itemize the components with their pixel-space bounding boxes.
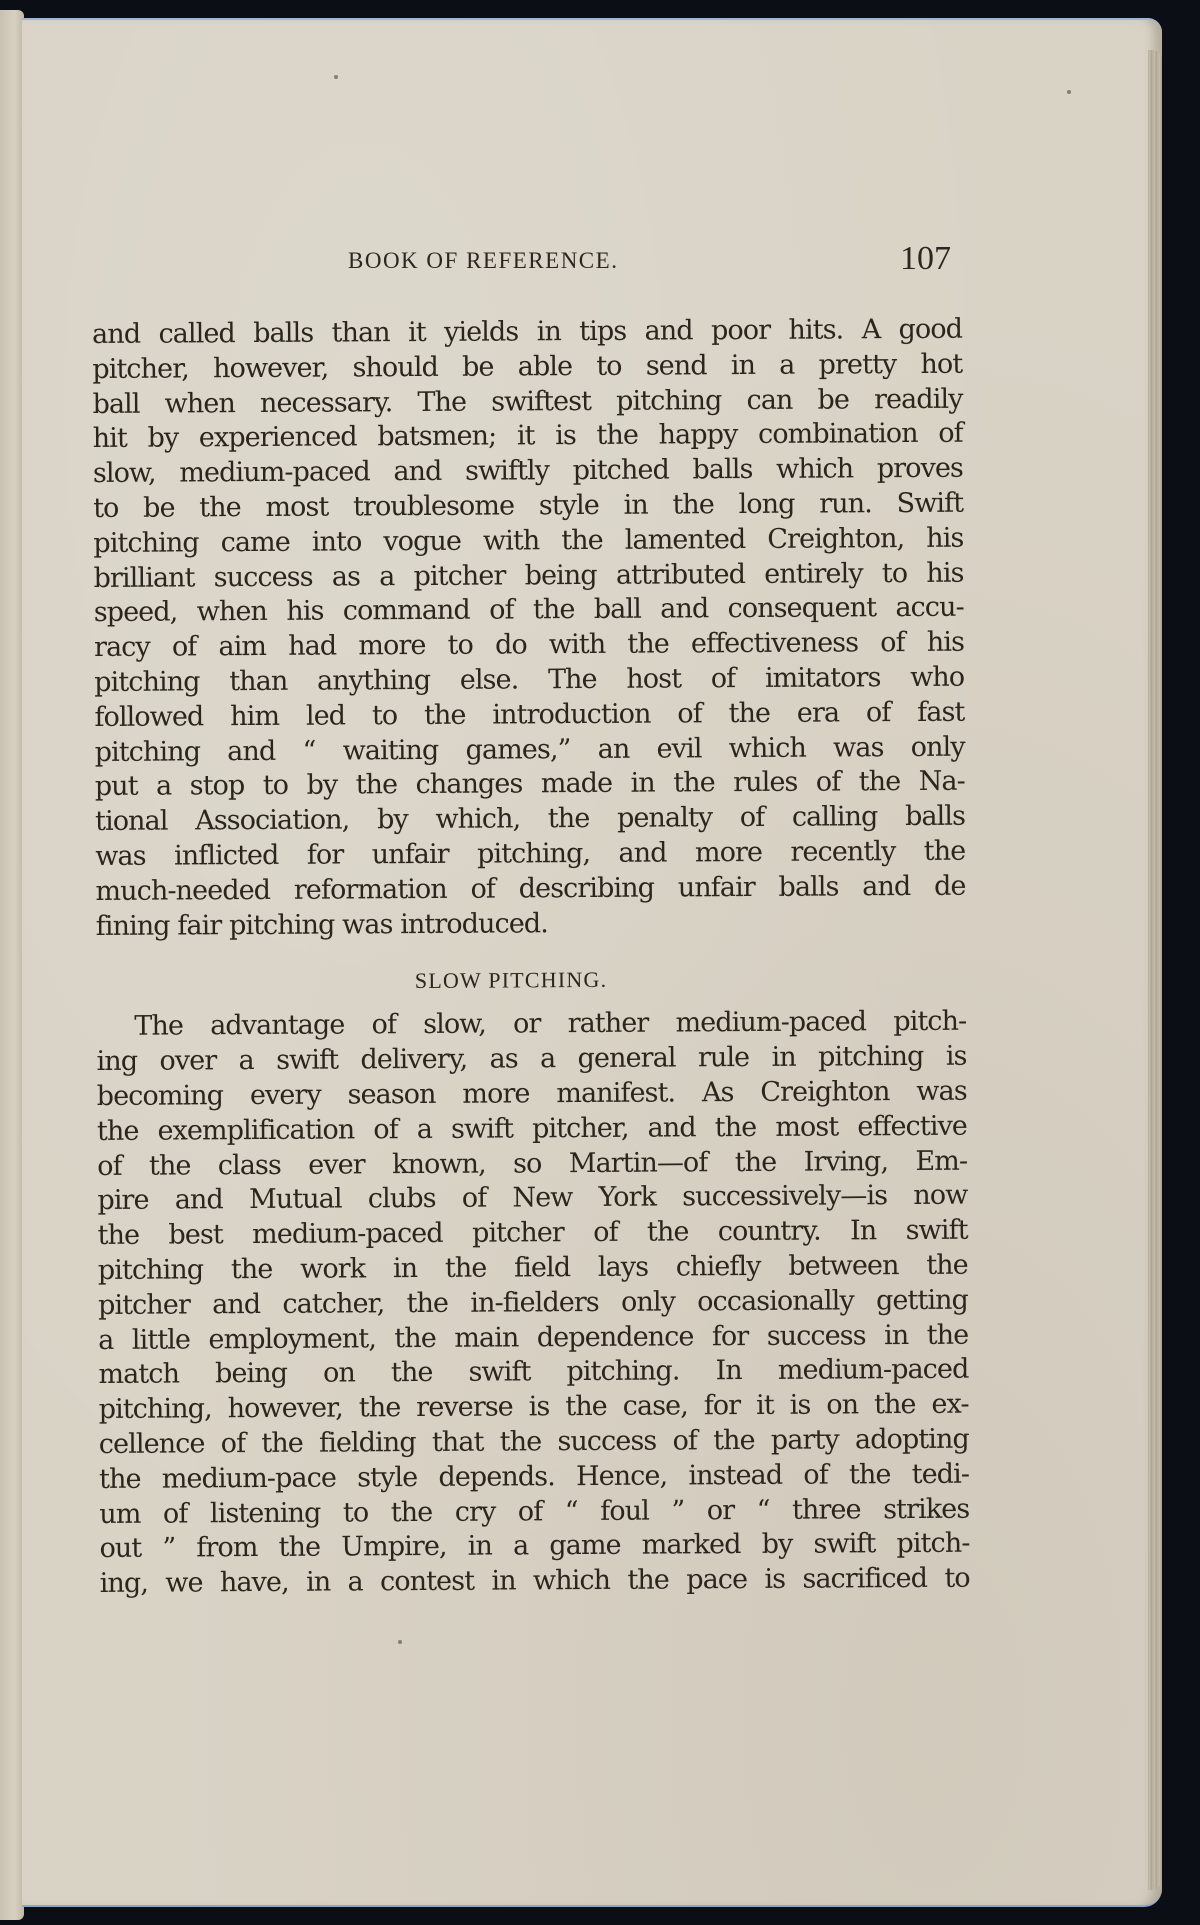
text-line: pitcher, however, should be able to send…	[92, 347, 962, 387]
paper-spot	[398, 1640, 402, 1644]
text-line: was inflicted for unfair pitching, and m…	[95, 835, 965, 875]
running-head: BOOK OF REFERENCE.	[348, 248, 618, 274]
text-line: racy of aim had more to do with the effe…	[94, 626, 964, 666]
text-line: tional Association, by which, the penalt…	[95, 800, 965, 840]
text-line: a little employment, the main dependence…	[98, 1318, 968, 1358]
text-line: speed, when his command of the ball and …	[94, 591, 964, 631]
text-line: cellence of the fielding that the succes…	[99, 1423, 969, 1463]
text-line: pitching than anything else. The host of…	[94, 661, 964, 701]
paragraph: and called balls than it yields in tips …	[92, 313, 966, 945]
scanned-book-page: BOOK OF REFERENCE. 107 and called balls …	[0, 0, 1200, 1925]
text-line: ing, we have, in a contest in which the …	[100, 1562, 970, 1602]
text-line: and called balls than it yields in tips …	[92, 313, 962, 353]
text-line: of the class ever known, so Martin—of th…	[97, 1144, 967, 1184]
page-stack-edge	[1148, 50, 1162, 1890]
text-line: The advantage of slow, or rather medium-…	[96, 1005, 966, 1045]
text-line: to be the most troublesome style in the …	[93, 487, 963, 527]
body-text: and called balls than it yields in tips …	[92, 313, 970, 1602]
text-line: pitcher and catcher, the in-fielders onl…	[98, 1283, 968, 1323]
text-line: slow, medium-paced and swiftly pitched b…	[93, 452, 963, 492]
section-heading: SLOW PITCHING.	[96, 961, 966, 996]
text-line: pitching the work in the field lays chie…	[98, 1249, 968, 1289]
text-line: ball when necessary. The swiftest pitchi…	[92, 382, 962, 422]
text-line: the medium-pace style depends. Hence, in…	[99, 1457, 969, 1497]
text-line: pitching, however, the reverse is the ca…	[99, 1388, 969, 1428]
text-line: pitching and “ waiting games,” an evil w…	[95, 730, 965, 770]
text-line: ing over a swift delivery, as a general …	[96, 1040, 966, 1080]
text-line: fining fair pitching was introduced.	[96, 904, 966, 944]
paragraph: The advantage of slow, or rather medium-…	[96, 1005, 970, 1602]
text-line: followed him led to the introduction of …	[94, 695, 964, 735]
text-line: much-needed reformation of describing un…	[95, 869, 965, 909]
text-line: brilliant success as a pitcher being att…	[93, 556, 963, 596]
text-line: pitching came into vogue with the lament…	[93, 521, 963, 561]
text-line: put a stop to by the changes made in the…	[95, 765, 965, 805]
text-line: the best medium-paced pitcher of the cou…	[98, 1214, 968, 1254]
text-line: hit by experienced batsmen; it is the ha…	[93, 417, 963, 457]
text-line: becoming every season more manifest. As …	[97, 1075, 967, 1115]
previous-page-edge	[0, 10, 24, 1920]
page-number: 107	[900, 240, 951, 278]
text-line: the exemplification of a swift pitcher, …	[97, 1109, 967, 1149]
text-line: pire and Mutual clubs of New York succes…	[97, 1179, 967, 1219]
text-line: match being on the swift pitching. In me…	[98, 1353, 968, 1393]
paper-spot	[1067, 90, 1071, 94]
paper-spot	[334, 75, 338, 79]
text-line: out ” from the Umpire, in a game marked …	[99, 1527, 969, 1567]
text-line: um of listening to the cry of “ foul ” o…	[99, 1492, 969, 1532]
